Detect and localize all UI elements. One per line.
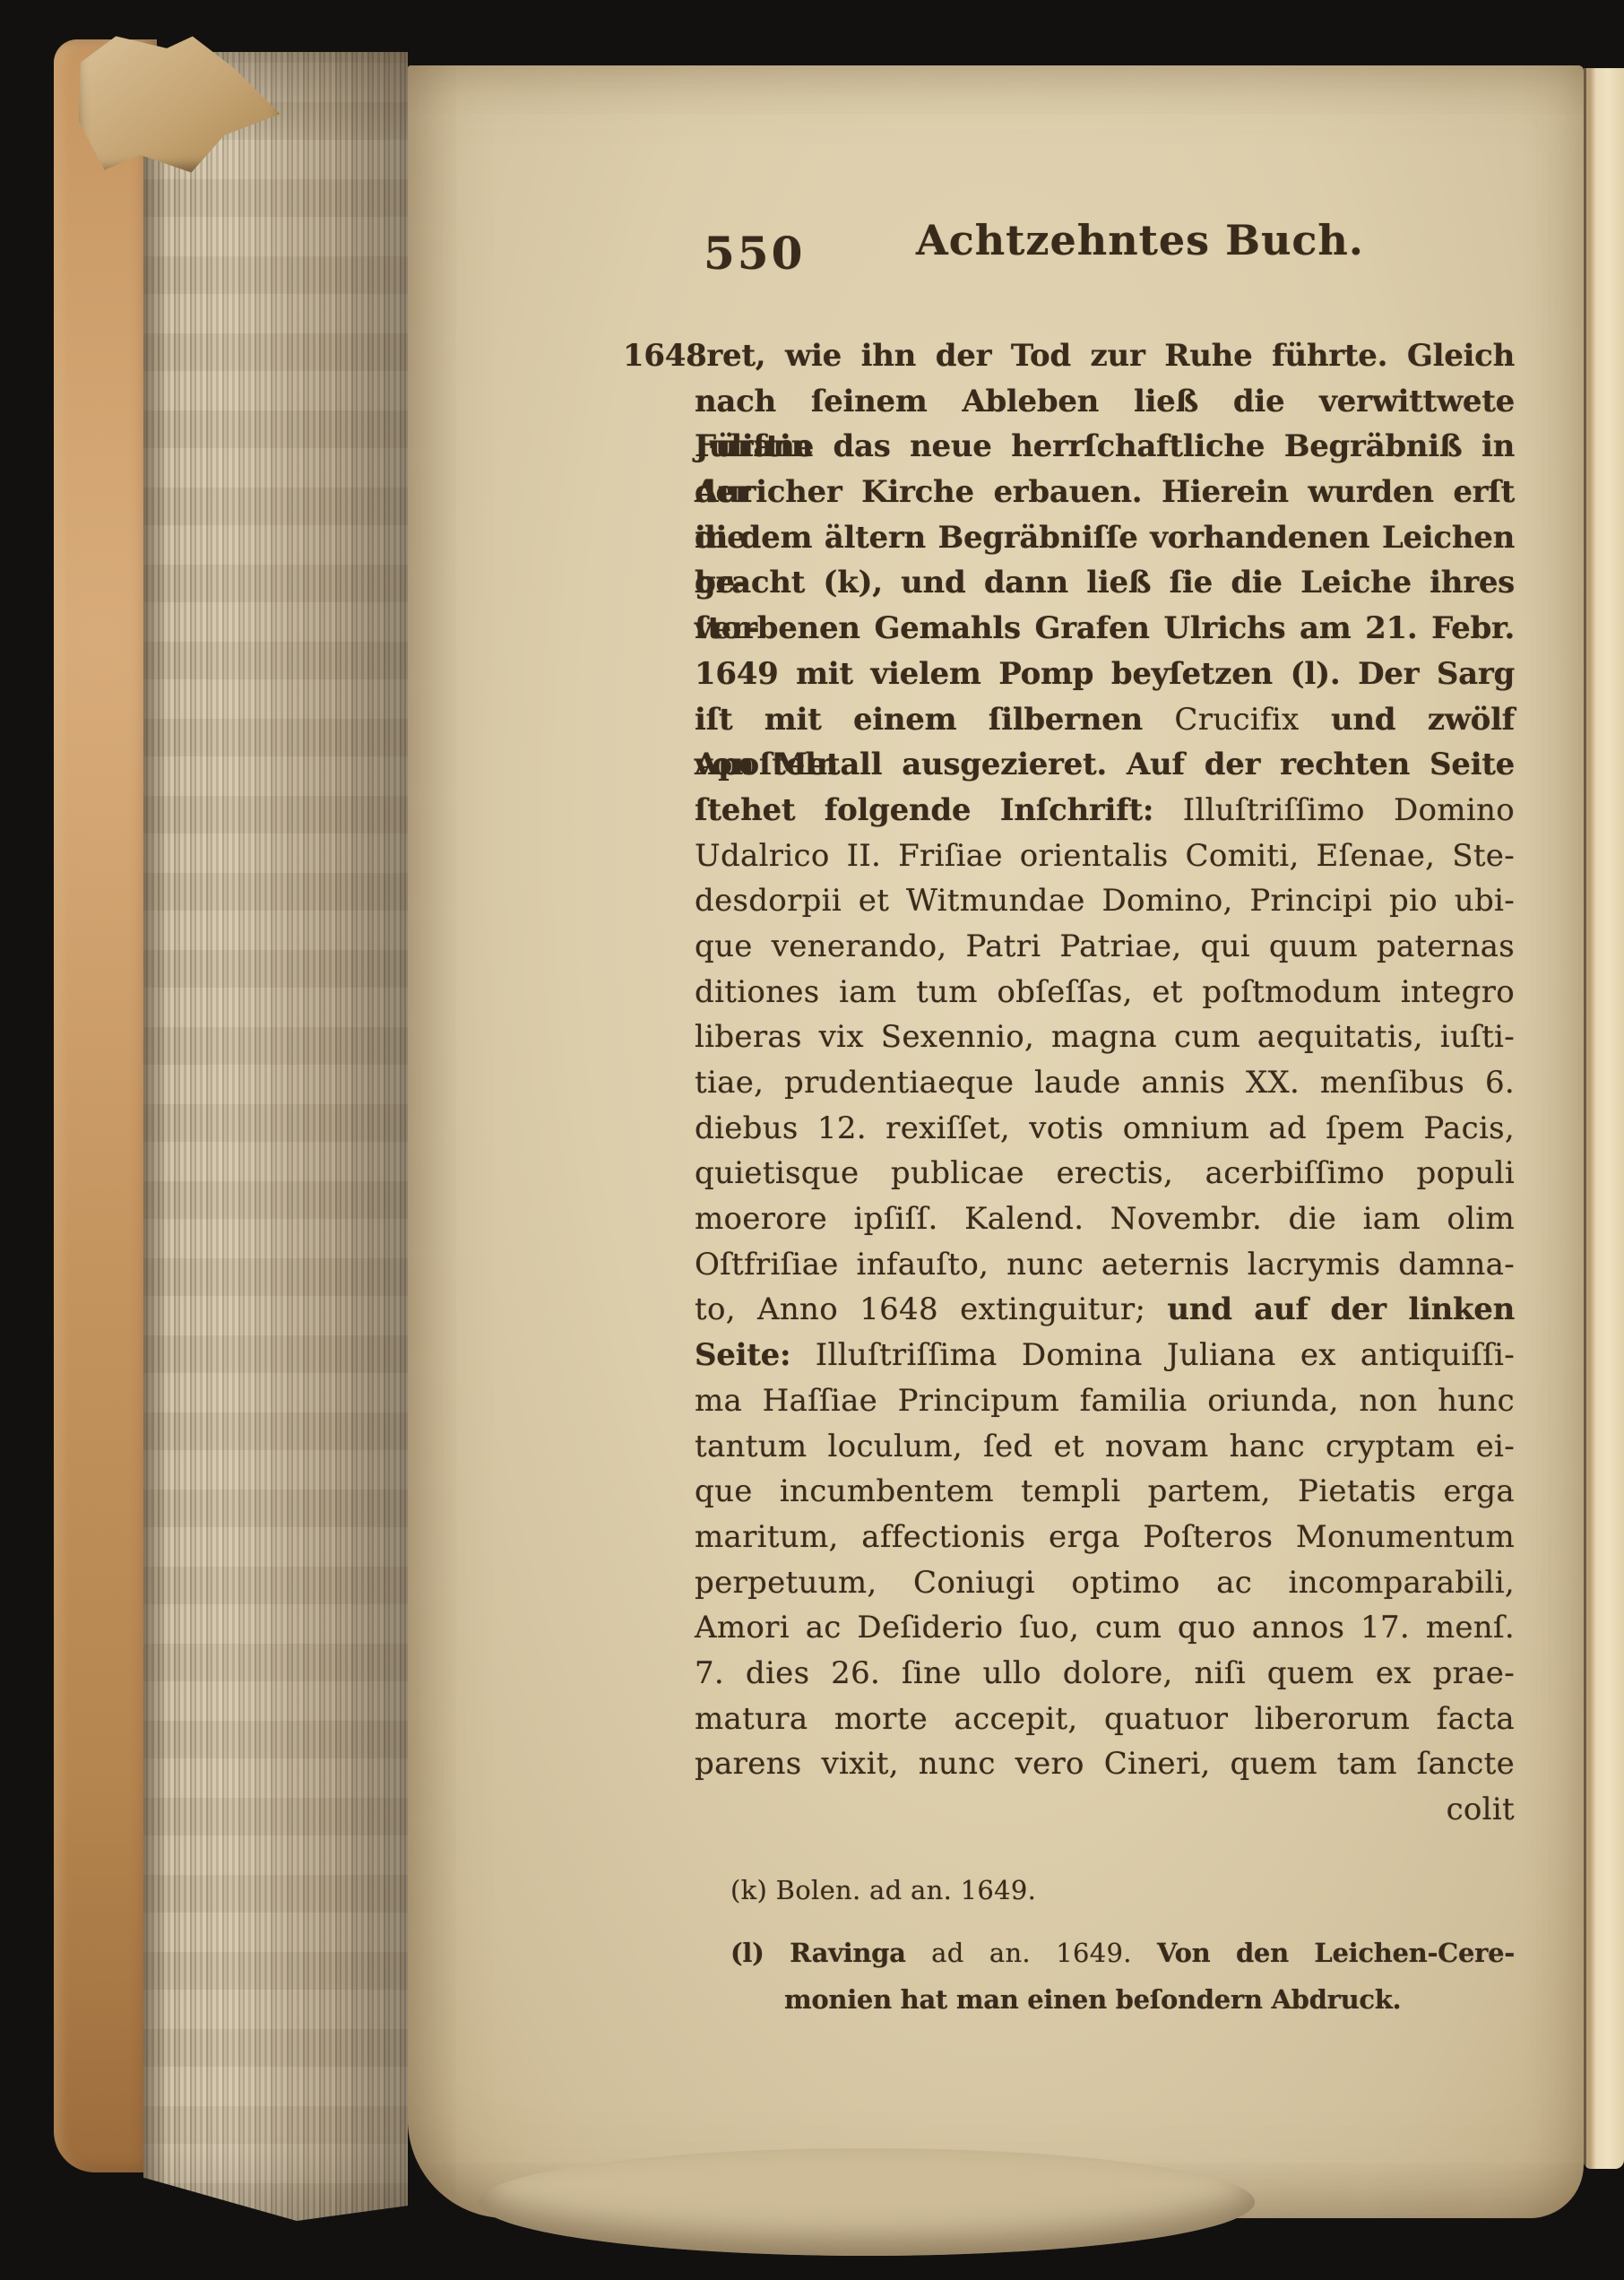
text-line: (k) Bolen. ad an. 1649. (730, 1867, 1515, 1913)
text-line: ditiones iam tum obſeſſas, et poſtmodum … (695, 970, 1515, 1015)
text-line: desdorpii et Witmundae Domino, Principi … (695, 878, 1515, 924)
antiqua-text-segment: tiae, prudentiaeque laude annis XX. menſ… (695, 1065, 1515, 1101)
antiqua-text-segment: que incumbentem templi partem, Pietatis … (695, 1473, 1515, 1509)
text-line: von Metall ausgezieret. Auf der rechten … (695, 742, 1515, 788)
antiqua-text-segment: Illuſtriſſima Domina Juliana ex antiquiſ… (816, 1337, 1515, 1373)
antiqua-text-segment: (k) Bolen. ad an. 1649. (730, 1875, 1036, 1905)
text-line: 1649 mit vielem Pomp beyſetzen (l). Der … (695, 652, 1515, 697)
text-line: ma Haſſiae Principum familia oriunda, no… (695, 1378, 1515, 1424)
antiqua-text-segment: moerore ipſiſſ. Kalend. Novembr. die iam… (695, 1201, 1515, 1237)
antiqua-text-segment: quietisque publicae erectis, acerbiſſimo… (695, 1155, 1515, 1191)
text-line: (l) Ravinga ad an. 1649. Von den Leichen… (730, 1930, 1515, 1976)
text-line: matura morte accepit, quatuor liberorum … (695, 1697, 1515, 1742)
text-line: que venerando, Patri Patriae, qui quum p… (695, 924, 1515, 970)
antiqua-text-segment: tantum loculum, ſed et novam hanc crypta… (695, 1429, 1515, 1464)
antiqua-text-segment: ma Haſſiae Principum familia oriunda, no… (695, 1383, 1515, 1419)
text-line: ſtorbenen Gemahls Grafen Ulrichs am 21. … (695, 606, 1515, 652)
text-line: to, Anno 1648 extinguitur; und auf der l… (695, 1287, 1515, 1333)
text-line: tiae, prudentiaeque laude annis XX. menſ… (695, 1060, 1515, 1106)
book-scan: 550 Achtzehntes Buch. 1648ret, wie ihn d… (49, 36, 1624, 2280)
text-line: parens vixit, nunc vero Cineri, quem tam… (695, 1741, 1515, 1787)
text-line: ſtehet folgende Inſchrift: Illuſtriſſimo… (695, 788, 1515, 833)
text-line: maritum, affectionis erga Poſteros Monum… (695, 1515, 1515, 1560)
text-line: perpetuum, Coniugi optimo ac incomparabi… (695, 1560, 1515, 1606)
text-line: bracht (k), und dann ließ ſie die Leiche… (695, 560, 1515, 606)
antiqua-text-segment: Amori ac Deſiderio ſuo, cum quo annos 17… (695, 1610, 1515, 1645)
fraktur-text-segment: ſtehet folgende Inſchrift: (695, 792, 1183, 828)
page-stack-fore-edge (143, 52, 408, 2221)
antiqua-text-segment: to, Anno 1648 extinguitur; (695, 1291, 1167, 1327)
text-line: Amori ac Deſiderio ſuo, cum quo annos 17… (695, 1605, 1515, 1651)
antiqua-text-segment: matura morte accepit, quatuor liberorum … (695, 1701, 1515, 1737)
fraktur-text-segment: von Metall ausgezieret. Auf der rechten … (695, 747, 1515, 782)
antiqua-text-segment: maritum, affectionis erga Poſteros Monum… (695, 1519, 1515, 1555)
text-line: que incumbentem templi partem, Pietatis … (695, 1469, 1515, 1515)
fraktur-text-segment: monien hat man einen beſondern Abdruck. (784, 1984, 1401, 2015)
antiqua-text-segment: parens vixit, nunc vero Cineri, quem tam… (695, 1746, 1515, 1782)
body-text: 1648ret, wie ihn der Tod zur Ruhe führte… (695, 333, 1515, 1833)
antiqua-text-segment: diebus 12. rexiſſet, votis omnium ad ſpe… (695, 1110, 1515, 1146)
antiqua-text-segment: Illuſtriſſimo Domino (1183, 792, 1515, 828)
scan-background: { "colors": { "scan_background": "#13111… (0, 0, 1624, 2280)
fraktur-text-segment: 1648ret, wie ihn der Tod zur Ruhe führte… (623, 338, 1515, 374)
text-line: diebus 12. rexiſſet, votis omnium ad ſpe… (695, 1106, 1515, 1152)
antiqua-text-segment: Udalrico II. Friſiae orientalis Comiti, … (695, 838, 1515, 874)
text-line: iſt mit einem ſilbernen Crucifix und zwö… (695, 697, 1515, 743)
antiqua-text-segment: Crucifix (1174, 702, 1299, 738)
fraktur-text-segment: Seite: (695, 1337, 816, 1373)
text-line: Seite: Illuſtriſſima Domina Juliana ex a… (695, 1333, 1515, 1378)
fraktur-text-segment: 1649 mit vielem Pomp beyſetzen (l). Der … (695, 656, 1515, 692)
antiqua-text-segment: 7. dies 26. ſine ullo dolore, niſi quem … (695, 1655, 1515, 1691)
text-line: Auricher Kirche erbauen. Hierein wurden … (695, 470, 1515, 515)
facing-page-edge (1584, 68, 1624, 2169)
text-line: 7. dies 26. ſine ullo dolore, niſi quem … (695, 1651, 1515, 1697)
text-line: tantum loculum, ſed et novam hanc crypta… (695, 1424, 1515, 1470)
text-line: in dem ältern Begräbniſſe vorhandenen Le… (695, 515, 1515, 561)
footnotes: (k) Bolen. ad an. 1649.(l) Ravinga ad an… (730, 1867, 1515, 2023)
fraktur-text-segment: ſtorbenen Gemahls Grafen Ulrichs am 21. … (695, 610, 1515, 646)
text-line: monien hat man einen beſondern Abdruck. (730, 1976, 1515, 2023)
text-line: moerore ipſiſſ. Kalend. Novembr. die iam… (695, 1196, 1515, 1242)
antiqua-text-segment: colit (1447, 1792, 1515, 1827)
antiqua-text-segment: perpetuum, Coniugi optimo ac incomparabi… (695, 1565, 1515, 1601)
book-cover-edge (54, 39, 157, 2172)
text-line: 1648ret, wie ihn der Tod zur Ruhe führte… (695, 333, 1515, 379)
text-line: nach ſeinem Ableben ließ die verwittwete… (695, 379, 1515, 425)
text-line: Juliane das neue herrſchaftliche Begräbn… (695, 424, 1515, 470)
fraktur-text-segment: und auf der linken (1167, 1291, 1515, 1327)
running-header: Achtzehntes Buch. (916, 216, 1364, 264)
antiqua-text-segment: Oſtfriſiae infauſto, nunc aeternis lacry… (695, 1247, 1515, 1282)
fraktur-text-segment: Von den Leichen-Cere- (1157, 1938, 1515, 1968)
text-line: Oſtfriſiae infauſto, nunc aeternis lacry… (695, 1242, 1515, 1288)
text-line: liberas vix Sexennio, magna cum aequitat… (695, 1015, 1515, 1060)
book-page: 550 Achtzehntes Buch. 1648ret, wie ihn d… (408, 65, 1584, 2218)
antiqua-text-segment: que venerando, Patri Patriae, qui quum p… (695, 928, 1515, 964)
text-line: Udalrico II. Friſiae orientalis Comiti, … (695, 833, 1515, 879)
fraktur-text-segment: iſt mit einem ſilbernen (695, 702, 1174, 738)
antiqua-text-segment: ad an. 1649. (931, 1938, 1157, 1968)
fraktur-text-segment: (l) Ravinga (730, 1938, 931, 1968)
text-line: quietisque publicae erectis, acerbiſſimo… (695, 1151, 1515, 1196)
antiqua-text-segment: desdorpii et Witmundae Domino, Principi … (695, 883, 1515, 919)
antiqua-text-segment: ditiones iam tum obſeſſas, et poſtmodum … (695, 974, 1515, 1010)
catchword: colit (695, 1787, 1515, 1833)
antiqua-text-segment: liberas vix Sexennio, magna cum aequitat… (695, 1019, 1515, 1055)
page-number: 550 (704, 227, 805, 280)
